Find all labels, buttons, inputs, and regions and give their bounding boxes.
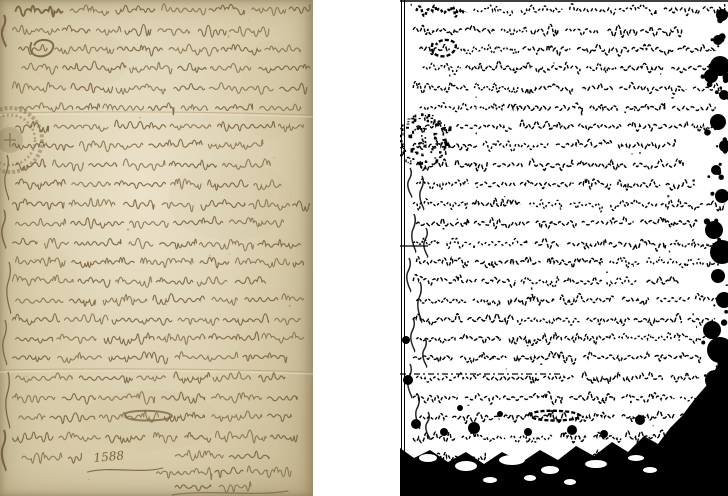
bottom-degradation-mass bbox=[400, 352, 728, 496]
paper-stains bbox=[0, 30, 300, 450]
date-1588: 1588 bbox=[93, 448, 125, 465]
edge-noise-blobs bbox=[402, 9, 728, 438]
original-scan-drawing: 1588 bbox=[0, 0, 313, 496]
binarized-scan-panel bbox=[400, 0, 728, 496]
original-scan-panel: 1588 bbox=[0, 0, 313, 496]
margin-annotations bbox=[2, 15, 11, 470]
binarized-scan-drawing bbox=[400, 0, 728, 496]
document-comparison: 1588 bbox=[0, 0, 728, 496]
fold-crease-lines bbox=[400, 246, 562, 374]
binarized-seal bbox=[400, 113, 451, 168]
